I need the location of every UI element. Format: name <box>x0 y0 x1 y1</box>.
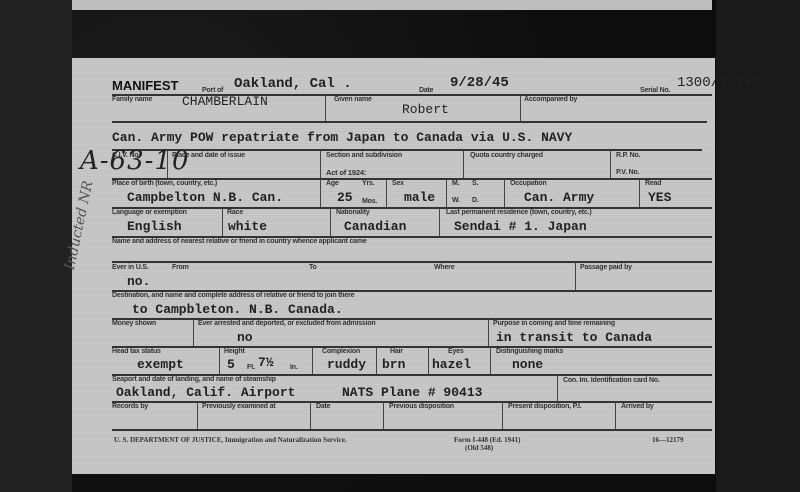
purpose-value: in transit to Canada <box>496 330 652 345</box>
widowed-label: W. <box>452 197 460 204</box>
film-edge-right <box>716 0 800 492</box>
previously-examined-label: Previously examined at <box>202 403 275 410</box>
married-label: M. <box>452 180 459 187</box>
quota-label: Quota country charged <box>470 152 543 159</box>
seaport-value: Oakland, Calif. Airport <box>116 385 295 400</box>
read-value: YES <box>648 190 671 205</box>
date-value: 9/28/45 <box>450 75 509 91</box>
section-label: Section and subdivision <box>326 152 402 159</box>
language-label: Language or exemption <box>112 209 187 216</box>
act-label: Act of 1924: <box>326 168 366 177</box>
present-disposition-label: Present disposition, P.I. <box>508 403 581 410</box>
arrived-by-label: Arrived by <box>621 403 654 410</box>
single-label: S. <box>472 180 478 187</box>
hair-label: Hair <box>390 348 403 355</box>
passage-paid-label: Passage paid by <box>580 264 632 271</box>
distinguishing-marks-label: Distinguishing marks <box>496 348 563 355</box>
years-label: Yrs. <box>362 180 374 187</box>
eyes-label: Eyes <box>448 348 464 355</box>
age-label: Age <box>326 180 339 187</box>
birthplace-label: Place of birth (town, country, etc.) <box>112 180 217 187</box>
family-name-value: CHAMBERLAIN <box>182 94 268 109</box>
previous-card-edge <box>72 0 712 10</box>
complexion-value: ruddy <box>327 357 366 372</box>
feet-label: Ft. <box>247 364 255 371</box>
given-name-value: Robert <box>402 102 449 117</box>
print-code: 16—12179 <box>652 436 684 444</box>
money-shown-label: Money shown <box>112 320 156 327</box>
hair-value: brn <box>382 357 405 372</box>
destination-value: to Campbleton. N.B. Canada. <box>132 302 343 317</box>
sex-label: Sex <box>392 180 404 187</box>
nationality-label: Nationality <box>336 209 370 216</box>
residence-label: Last permanent residence (town, country,… <box>446 209 591 216</box>
accompanied-by-label: Accompanied by <box>524 96 577 103</box>
pv-label: P.V. No. <box>616 169 639 176</box>
eyes-value: hazel <box>432 357 471 372</box>
ever-in-us-value: no. <box>127 274 150 289</box>
to-label: To <box>309 264 317 271</box>
months-label: Mos. <box>362 198 377 205</box>
birthplace-value: Campbelton N.B. Can. <box>127 190 283 205</box>
read-label: Read <box>645 180 661 187</box>
records-date-label: Date <box>316 403 330 410</box>
head-tax-label: Head tax status <box>112 348 161 355</box>
age-value: 25 <box>337 190 353 205</box>
form-title: MANIFEST <box>112 78 178 93</box>
given-name-label: Given name <box>334 96 372 103</box>
height-feet-value: 5 <box>227 357 235 372</box>
distinguishing-marks-value: none <box>512 357 543 372</box>
family-name-label: Family name <box>112 96 152 103</box>
height-inches-value: 7½ <box>258 355 274 370</box>
previous-disposition-label: Previous disposition <box>389 403 454 410</box>
from-label: From <box>172 264 189 271</box>
serial-value: 1300/25742 <box>677 75 761 91</box>
arrested-value: no <box>237 330 253 345</box>
old-form-number: (Old 548) <box>465 444 493 452</box>
rp-label: R.P. No. <box>616 152 640 159</box>
form-number: Form I-448 (Ed. 1941) <box>454 436 521 444</box>
occupation-label: Occupation <box>510 180 547 187</box>
divorced-label: D. <box>472 197 479 204</box>
occupation-value: Can. Army <box>524 190 594 205</box>
vessel-value: NATS Plane # 90413 <box>342 385 482 400</box>
nationality-value: Canadian <box>344 219 406 234</box>
port-value: Oakland, Cal . <box>234 76 352 92</box>
purpose-label: Purpose in coming and time remaining <box>493 320 615 327</box>
inches-label: In. <box>290 364 298 371</box>
arrested-label: Ever arrested and deported, or excluded … <box>198 320 375 327</box>
where-label: Where <box>434 264 454 271</box>
height-label: Height <box>224 348 245 355</box>
serial-label: Serial No. <box>640 87 670 94</box>
date-label: Date <box>419 87 433 94</box>
ever-in-us-label: Ever in U.S. <box>112 264 149 271</box>
complexion-label: Complexion <box>322 348 360 355</box>
port-label: Port of <box>202 87 223 94</box>
race-label: Race <box>227 209 243 216</box>
records-by-label: Records by <box>112 403 148 410</box>
head-tax-value: exempt <box>137 357 184 372</box>
department-footer: U. S. DEPARTMENT OF JUSTICE, Immigration… <box>114 436 347 444</box>
seaport-label: Seaport and date of landing, and name of… <box>112 376 276 383</box>
manifest-card: MANIFEST Port of Oakland, Cal . Date 9/2… <box>72 58 715 474</box>
id-card-label: Con. Im. Identification card No. <box>563 377 660 384</box>
film-edge-left <box>0 0 72 492</box>
residence-value: Sendai # 1. Japan <box>454 219 587 234</box>
relative-label: Name and address of nearest relative or … <box>112 238 367 245</box>
language-value: English <box>127 219 182 234</box>
sex-value: male <box>404 190 435 205</box>
remark-text: Can. Army POW repatriate from Japan to C… <box>112 130 572 145</box>
destination-label: Destination, and name and complete addre… <box>112 292 354 299</box>
race-value: white <box>228 219 267 234</box>
